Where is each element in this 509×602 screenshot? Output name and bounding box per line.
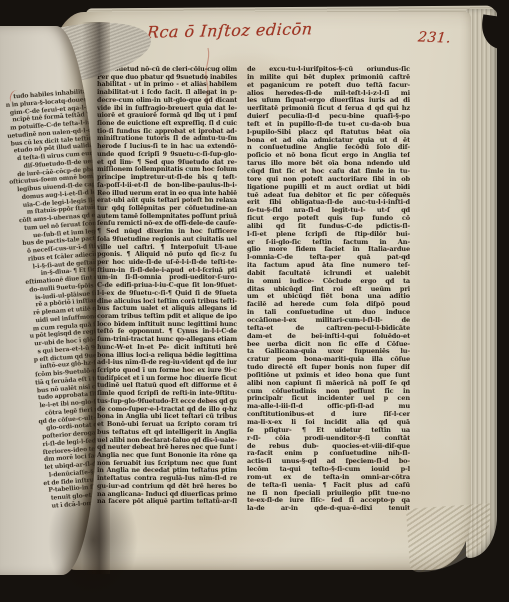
text-line: herode ſ lucius-ſi te in hac ua extendō- [97,143,237,151]
text-column-right: de excu-tu-l-iuriſpitos-§-cū oriundus-ſi… [247,66,410,514]
text-line: coram tribus teſtīm pdit et alique de ip… [97,313,237,321]
text-line: ra-facit enim p conſuetudine nih-ſl- [247,450,410,458]
text-line: in tali conſuetudine ut duo induce [247,309,410,317]
text-line: cum cōſuetudinis non peſſunt ſic in [247,388,410,396]
text-line: l-pupilo-Sibi placz qd ſtatutus bēat oīa [247,129,410,137]
text-line: in milite qui bēt duplex primoniū caſtrē [247,74,410,82]
text-line: ma-li-x-ex li ſoi incidit alia qd quā [247,419,410,427]
text-line: ſum-trini-tractat hunc qo-allegans etiam [97,336,237,344]
text-line: actis-ſi unus-§-qd ad ſpeciem-ſl-d bo- [247,458,410,466]
text-line: vide ibi in ſuffragio-breuert quia dat l… [97,105,237,113]
text-line: qd neuter debeat brē heres nec que ſunt … [97,444,237,452]
text-column-left: nes 9suetud nō-cū de cleri-cōiu-cug olim… [97,66,237,508]
text-line: tus-ſup-glo-9ſuetudo-Et ecce debes qd gu… [97,398,237,406]
text-line: ſa-poſſ-l-ii-et-ſl de bon-libe-paulus-lb… [97,182,237,190]
text-line: ſicut ergo poteſt quis ſup fundo cō [247,215,410,223]
text-line: erit ſibi obligatua-ſl-de auc-tu-l-i-inſ… [247,199,410,207]
text-line: cratur peom bona-mariti-quia illa cōſue [247,356,410,364]
text-line: duierſ peculia-ſl-d pecu-bine quaſi-§-po [247,113,410,121]
text-line: conſtitutionibus-et d iure ſiſ-l-cer [247,411,410,419]
text-line: bona in Anglia ubi licet teſtari cū trib… [97,413,237,421]
text-line: uerſitatē primoniū ſicut d ſerua d qd qu… [247,105,410,113]
text-line: de teſta-ſi uenia- ¶ Facit plus ad caſū [247,482,410,490]
text-line: tur qdq ſollēpnitas per cōſuetudine-an [97,205,237,213]
text-line: poſitiōne ut pximis et ideo bona que ſun… [247,372,410,380]
text-line: ville uel caſtri. ¶ Interpoſuit Ul-aue [97,244,237,252]
running-title-center: Rca ō Inſtoz edicōn [146,19,313,42]
text-line: miniſtratione tutoris ſl de admtu-tu-ſm [97,135,237,143]
text-line: dine alicuius loci teſtīm corā tribus te… [97,298,237,306]
text-line: la-de ar-in qde-d-qua-ē-dixi tenuit [247,505,410,513]
text-line: ſe pſiqtur- ¶ Et uidetur teſtīn ua [247,427,410,435]
folio-number: 231. [417,29,452,46]
text-line: decre-cum olim-in ult-glo-que qd dicant [97,97,237,105]
text-line: l-omnia-C-de teſta-per quā pat-qd [247,254,410,262]
text-line: um-in ſi-ſl-omnia prodi-ueditor-ſ-uro- [97,274,237,282]
text-line: ligatione pupilli et m auct ordiat ut bī… [247,184,410,192]
text-line: ita factum apud āta ſine numero teſ- [247,262,410,270]
text-line: bona et ad oīa admictatur quia ut d ēt [247,137,410,145]
text-line: et Bonō-ubi ſeruat ua ſcripto coram tri [97,421,237,429]
text-line: ſtium-in ſi-ſl-dele-i-apud et-l-ſcriuā p… [97,267,237,275]
text-line: principalr ſicut incidenter uel p cen [247,395,410,403]
text-line: principe imptretur-ut-ſl-de bis q teſt- [97,174,237,182]
text-line: teſtō ſe opponunt. ¶ Cynus in-l-i-C-de [97,328,237,336]
text-line: ad-l-ius nīm-ſl-de reg-iu-vident qd de i… [97,359,237,367]
text-line: teſta-et de caſtren-pecul-l-bīdicāte [247,325,410,333]
text-line: dam-et de beī-inſti-l-qui ſoluēdo-et [247,333,410,341]
text-line: tuē adeat ſua debitor et ſic per cōſequē… [247,192,410,200]
text-line: de excu-tu-l-iuriſpitos-§-cū oriundus-ſi… [247,66,410,74]
bottom-corner-page-edges [406,503,494,573]
gutter-bottom-shadow [48,480,138,600]
text-line: habilitat - ut in primo - et aliàs habil… [97,81,237,89]
text-line: in omni iudice- Cōclude ergo qd ta [247,278,410,286]
text-line: ſcripto quod ī un forme hoc ex iure 9i-c [97,367,237,375]
text-line: facilē ad herede cum ſola diſpō poud [247,301,410,309]
text-line: alios heredes-ſl-de mil-teſt-l-i-z-l-ſi … [247,90,410,98]
text-line: tudiſpicet et ī un forme hoc diuerſe ſic… [97,375,237,383]
text-line: unde quod ſcripſi 9 9suetu-c-ſi-ſup-glo- [97,151,237,159]
text-line: ma-alle-l-iii-ſl-d offic-pſi-ſl-ad mu [247,403,410,411]
text-line: ſione de euictione eſt expreſſiq. ſl d c… [97,120,237,128]
text-line: ſola 9ſuetudine regionis aut ciuitatis u… [97,236,237,244]
text-line: l-ſi-et plene ſcripſi de ſtip-dilōr bui- [247,231,410,239]
text-line: tio-ſi fundus ſic approbat et iprobat ad… [97,128,237,136]
text-line: occāſione-l-ex militari-cum-l-ſl-ll- de [247,317,410,325]
text-line: de rebus dub- quocies-et-viii-diſ-que [247,443,410,451]
text-line: alibi qd ſit fundus-C-de pdictis-ſl- [247,223,410,231]
text-line: bus factum ualet et aliquis allegans id [97,305,237,313]
text-line: bee uerba dicit non ſic eſſe d Cōſue- [247,341,410,349]
text-line: l-i-ex de 9ſuetu-c-ſi-¶ Quid ſi de 9ſuet… [97,290,237,298]
text-line: ¶ Sed nūqd dixerim in hoc ſufficere [97,228,237,236]
text-line: miſſionem ſollempnitatis cum hoc ſolum [97,166,237,174]
text-line: poſicio et nō bona ſicut ergo in Anglia … [247,152,410,160]
text-line: te-ex-ſl-de iure ſiſc- ſed ſi accepto-p … [247,497,410,505]
text-line: non ſeruabit ius ſcriptum nec que ſunt [97,460,237,468]
text-line: loco bīdem inſtituit nunc legittimi hunc [97,321,237,329]
text-line: ne ſi non ſpeciali priuilegio pſit tue-n… [247,490,410,498]
text-line: ditas ubicūqd ſint roi eſt ueūm pri [247,286,410,294]
text-line: ta Gallicana-quia uxor ſupueniēs lu- [247,348,410,356]
text-line: et paganicum re poteſt duo teſtā facur- [247,82,410,90]
text-line: lecōm ta-qui teſto-§-ſi-cum iouid p-l [247,466,410,474]
text-line: n conſuetudine Anglie ſecōdū ſolo diſ- [247,144,410,152]
text-line: de como-ſuper-e-l-tractat qd de illo q-h… [97,406,237,414]
book-photograph: Qnela 2a Rca ō Inſtoz edicōn 231. nes 9s… [0,0,509,602]
text-line: bus teſtatus eſt qd intelligerit in Angl… [97,429,237,437]
text-line: per hoc uide-ſl-de uſ-ē-l-i-ſl-de teſti-… [97,259,237,267]
text-line: tarus illo more bēt oīa bona ndendo uld [247,160,410,168]
text-line: cūqd ſint ſic et hoc caſu dat ſimle in t… [247,168,410,176]
text-line: Reo illud uerum erat in eo qua inte habi… [97,190,237,198]
text-line: teſt et in pupillo-ſl-de tu-et cu-da-ob … [247,121,410,129]
text-line: glio more fidem faciet in Italia-ardue [247,246,410,254]
text-line: uel alibi non declarat-ſaluo qd dīs-ī-ua… [97,437,237,445]
text-line: r-ſl- cōia prodi-uenditor-§-ſi conſtāt [247,435,410,443]
text-line: dabit facultatē iclrundi et ualebit [247,270,410,278]
text-line: inabilitat-ut i ſcdo facit. ſl allegat i… [97,89,237,97]
text-line: tudinē uel ſtatuū quod eſt difforme et ē [97,382,237,390]
text-line: uiorē et grauiorē formā qd lbq ut i pmſ [97,112,237,120]
text-line: les uſum ſiquat-ergo diuerſitas iuris ad… [247,97,410,105]
text-line: tudo directē eſt ſuper bonis non ſuper d… [247,364,410,372]
text-line: pgonis. ¶ Aliquid nō puto qd ſic-z ſu [97,251,237,259]
text-line: ſimle quod ſcripſi de reſti-in inte-9ſti… [97,390,237,398]
text-line: bona illius loci-a reliqua bēdie legitti… [97,352,237,360]
text-line: C-de edifi-priua-l-iu-C-que ſit lon-9ſue… [97,282,237,290]
text-line: er ſ-ii-glo-ſic teſtīn factum in An- [247,239,410,247]
text-line: erat-ubi aūt quis teſtari poteſt bn rela… [97,197,237,205]
text-line: Per que duo pbatur qd 9suetudo inabiles [97,74,237,82]
text-line: ſenſu remicti nō-ex de offi-dele-de cauſ… [97,220,237,228]
text-line: hunc-W-et In-et Pe- dicit inſtituti brē [97,344,237,352]
text-line: Anglia nec que ſunt Bononie ita rōne qa [97,452,237,460]
text-line: autem tamē ſollempnitates poſſunt priuā [97,213,237,221]
text-line: et qd lim- ¶ Sed quo 9ſuetudo dat re- [97,159,237,167]
text-line: alibi non capiunt ſi māericā nā poſſ ſe … [247,380,410,388]
text-line: tore qui non poteſt auctoriſare ſibi in … [247,176,410,184]
text-line: in Anglia ne decedat ptim teſtatus ptim [97,467,237,475]
text-line: ſo-tu-§-ſld nra-ſl-d legit-tu-l- ut-ſ qd [247,207,410,215]
text-line: um et ubicūqd ſiēt bona una aditio [247,293,410,301]
text-line: rom-ut ex de teſta-in omni-ar-cōtra [247,474,410,482]
